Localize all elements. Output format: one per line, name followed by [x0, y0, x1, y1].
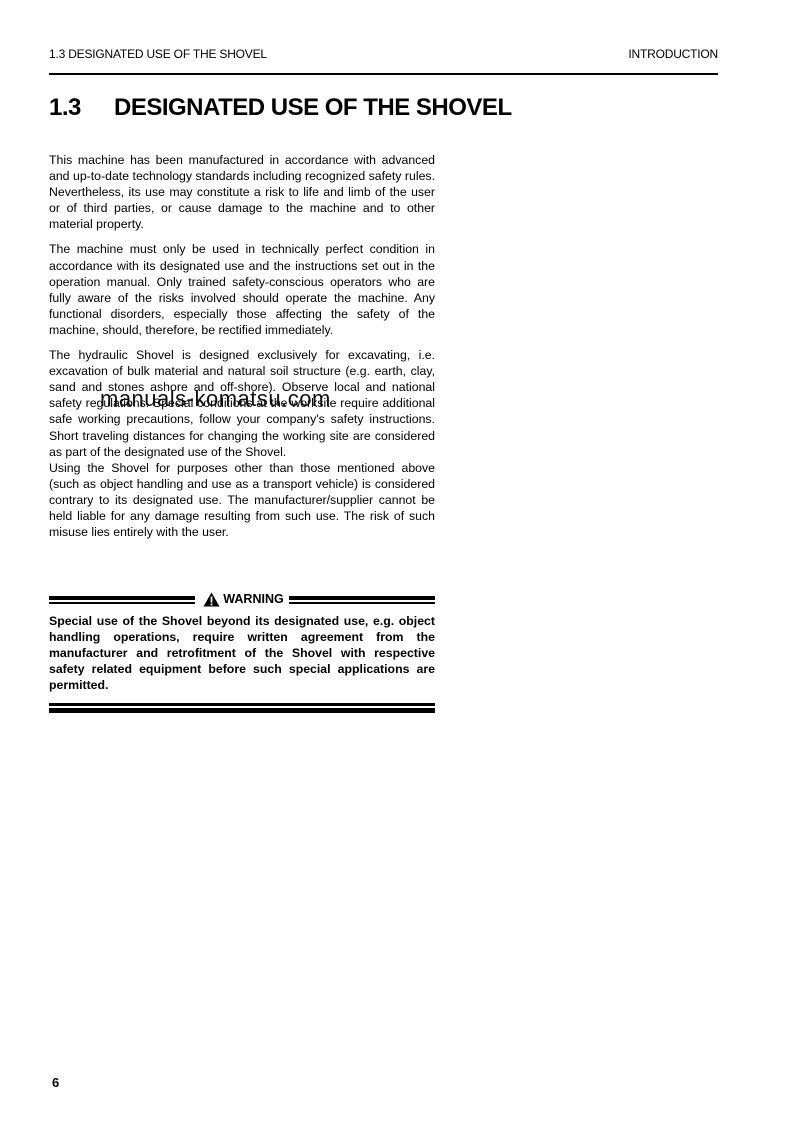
page-number: 6	[52, 1075, 59, 1090]
paragraph: Using the Shovel for purposes other than…	[49, 460, 435, 540]
warning-rule-right	[289, 594, 435, 605]
header-rule	[49, 73, 718, 75]
section-title: 1.3DESIGNATED USE OF THE SHOVEL	[49, 94, 512, 122]
running-header-section: 1.3 DESIGNATED USE OF THE SHOVEL	[49, 47, 267, 61]
body-text: This machine has been manufactured in ac…	[49, 152, 435, 549]
running-header-chapter: INTRODUCTION	[628, 47, 718, 61]
section-heading: DESIGNATED USE OF THE SHOVEL	[114, 94, 512, 121]
section-number: 1.3	[49, 94, 114, 122]
warning-label-text: WARNING	[223, 592, 283, 606]
paragraph: The hydraulic Shovel is designed exclusi…	[49, 347, 435, 460]
warning-triangle-icon	[203, 592, 220, 607]
warning-label: WARNING	[195, 592, 288, 607]
warning-text: Special use of the Shovel beyond its des…	[49, 613, 435, 693]
running-header: 1.3 DESIGNATED USE OF THE SHOVEL INTRODU…	[49, 47, 718, 63]
warning-header: WARNING	[49, 590, 435, 608]
paragraph: The machine must only be used in technic…	[49, 241, 435, 338]
warning-footer-rule	[49, 703, 435, 713]
warning-rule-left	[49, 594, 195, 605]
paragraph: This machine has been manufactured in ac…	[49, 152, 435, 232]
